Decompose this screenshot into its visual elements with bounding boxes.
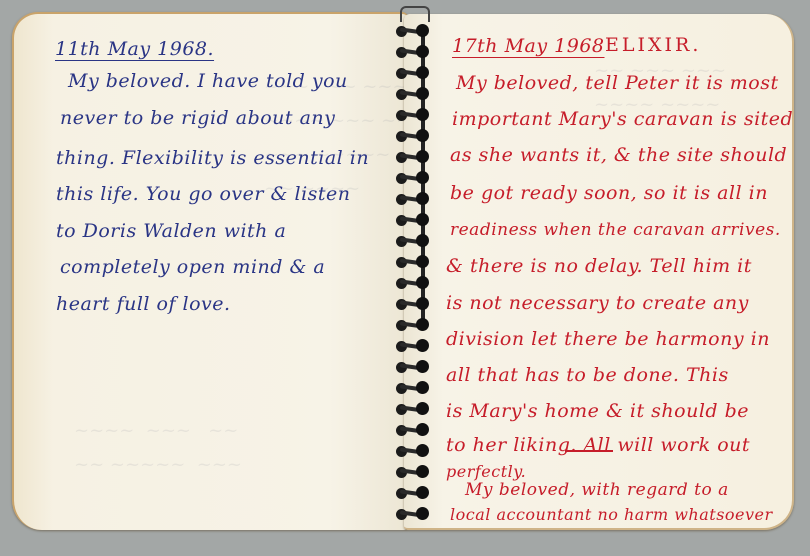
spiral-binding xyxy=(392,14,432,524)
spiral-ring xyxy=(392,444,432,458)
right-entry-line: as she wants it, & the site should xyxy=(450,144,787,166)
spiral-ring xyxy=(392,339,432,353)
spiral-ring xyxy=(392,297,432,311)
spiral-ring xyxy=(392,507,432,521)
spiral-ring xyxy=(392,24,432,38)
left-entry-line: My beloved. I have told you xyxy=(68,70,348,92)
spiral-ring xyxy=(392,360,432,374)
right-entry-line: perfectly. xyxy=(446,462,526,481)
right-entry-line: all that has to be done. This xyxy=(446,364,729,386)
right-entry-line: is not necessary to create any xyxy=(446,292,749,314)
left-entry-line: never to be rigid about any xyxy=(60,107,335,129)
left-entry-line: to Doris Walden with a xyxy=(56,220,286,242)
spiral-ring xyxy=(392,402,432,416)
left-entry-line: completely open mind & a xyxy=(60,256,325,278)
right-entry-line: be got ready soon, so it is all in xyxy=(450,182,768,204)
spiral-ring xyxy=(392,318,432,332)
spiral-ring xyxy=(392,276,432,290)
right-entry-line: to her liking. All will work out xyxy=(446,434,750,456)
right-entry-line: important Mary's caravan is sited xyxy=(452,108,793,130)
second-entry-line: My beloved, with regard to a xyxy=(465,480,729,500)
spiral-ring xyxy=(392,213,432,227)
right-entry-line: readiness when the caravan arrives. xyxy=(450,220,781,240)
show-through-text: ~~~~ ~~~ ~~ ~~ ~~~~~ ~~~ xyxy=(74,414,242,482)
spiral-ring xyxy=(392,381,432,395)
right-entry-date: 17th May 1968 xyxy=(452,35,605,57)
right-entry-line: division let there be harmony in xyxy=(446,328,770,350)
spiral-ring xyxy=(392,234,432,248)
entry-separator-rule xyxy=(565,450,613,452)
second-entry-line: local accountant no harm whatsoever xyxy=(450,505,773,524)
right-entry-line: My beloved, tell Peter it is most xyxy=(456,72,779,94)
spiral-ring xyxy=(392,486,432,500)
right-entry-line: is Mary's home & it should be xyxy=(446,400,749,422)
left-entry-line: thing. Flexibility is essential in xyxy=(56,147,369,169)
spiral-ring xyxy=(392,150,432,164)
spiral-ring xyxy=(392,66,432,80)
spiral-ring xyxy=(392,465,432,479)
right-entry-line: & there is no delay. Tell him it xyxy=(446,255,752,277)
spiral-ring xyxy=(392,255,432,269)
spiral-ring xyxy=(392,45,432,59)
spiral-ring xyxy=(392,129,432,143)
spiral-ring xyxy=(392,87,432,101)
left-entry-line: this life. You go over & listen xyxy=(56,183,351,205)
spiral-ring xyxy=(392,423,432,437)
left-entry-date: 11th May 1968. xyxy=(55,38,214,60)
spiral-ring xyxy=(392,192,432,206)
left-entry-line: heart full of love. xyxy=(56,293,231,315)
spiral-ring xyxy=(392,171,432,185)
right-entry-heading: ELIXIR. xyxy=(605,34,701,56)
spiral-ring xyxy=(392,108,432,122)
